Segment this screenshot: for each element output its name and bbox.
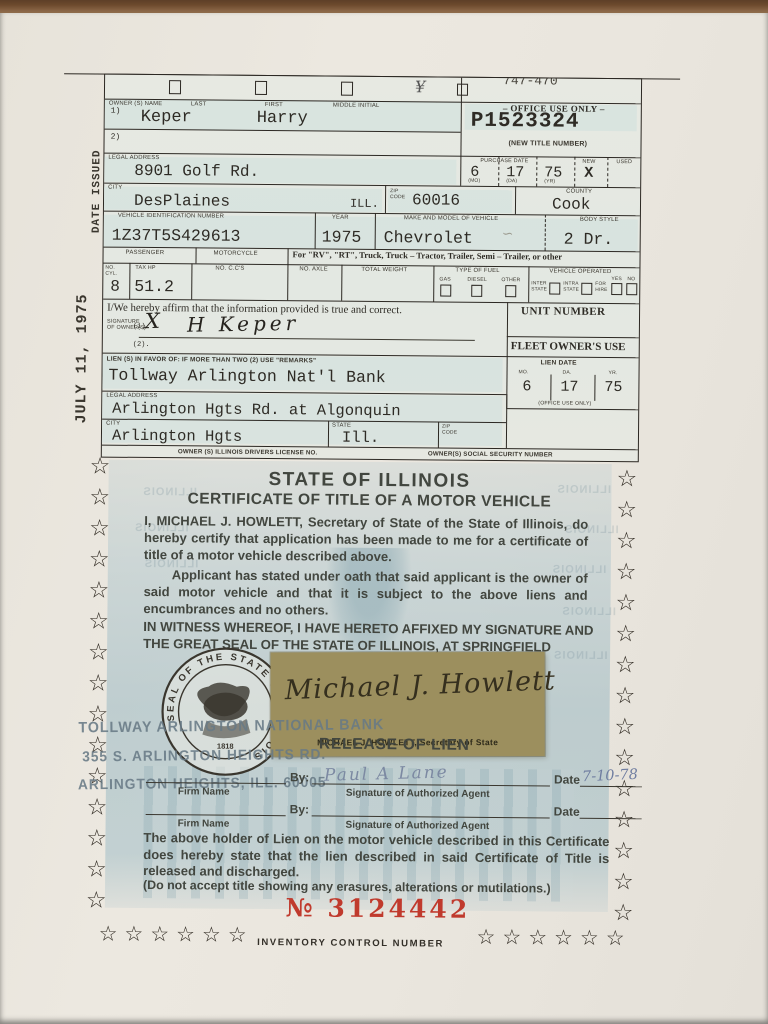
lien-city: Arlington Hgts (112, 427, 242, 446)
star-icon: ☆ (554, 928, 573, 949)
sig-line1-no: (1) (133, 323, 146, 331)
label-lien-mo: MO. (519, 369, 529, 375)
desk-photo: DATE ISSUED JULY 11, 1975 (0, 0, 768, 1024)
lien-state: Ill. (342, 429, 379, 447)
star-icon: ☆ (90, 455, 111, 478)
divider (528, 266, 530, 302)
owner-signature-x: X (145, 309, 161, 333)
checkbox (341, 82, 353, 96)
star-icon: ☆ (176, 924, 195, 945)
lien-date-mo: 6 (522, 378, 531, 395)
label-fleet-owner: FLEET OWNER'S USE (511, 340, 626, 353)
label-lien-da: DA. (563, 370, 572, 376)
label-no-cyl: NO. CYL. (105, 265, 127, 277)
firm-name-label-2: Firm Name (178, 818, 230, 829)
label-yr: (YR) (544, 178, 555, 184)
title-application-form: ¥ 747-470 OWNER (S) NAME LAST FIRST MIDD… (101, 74, 642, 463)
date-label-1: Date (554, 773, 580, 787)
star-icon: ☆ (88, 672, 109, 695)
divider (433, 265, 435, 301)
star-icon: ☆ (615, 654, 636, 677)
label-intra-2: STATE (563, 288, 579, 293)
divider (438, 422, 439, 448)
star-icon: ☆ (86, 889, 107, 912)
bank-stamp-line-1: TOLLWAY ARLINGTON NATIONAL BANK (78, 716, 384, 736)
label-office-only: (OFFICE USE ONLY) (538, 400, 591, 406)
divider (506, 394, 508, 448)
label-last: LAST (191, 101, 207, 107)
star-icon: ☆ (477, 927, 496, 948)
star-icon: ☆ (617, 468, 638, 491)
label-vin: VEHICLE IDENTIFICATION NUMBER (118, 213, 224, 220)
divider (191, 263, 193, 299)
sig-line2-no: (2). (133, 341, 150, 349)
inventory-control-number-label: INVENTORY CONTROL NUMBER (231, 937, 471, 950)
star-icon: ☆ (615, 685, 636, 708)
owner-zip: 60016 (412, 191, 460, 209)
no-checkbox (626, 283, 637, 295)
diesel-checkbox (471, 285, 482, 297)
divider (536, 156, 537, 186)
date-issued-label: DATE ISSUED (91, 149, 104, 233)
label-middle-initial: MIDDLE INITIAL (333, 103, 380, 109)
label-zip-2: CODE (390, 194, 405, 200)
tax-hp-value: 51.2 (134, 277, 174, 296)
label-lien-date: LIEN DATE (541, 359, 577, 366)
certificate-paragraph-1: I, MICHAEL J. HOWLETT, Secretary of Stat… (144, 512, 588, 567)
owner-city: DesPlaines (134, 192, 230, 211)
photocopied-title-document: DATE ISSUED JULY 11, 1975 (0, 0, 768, 1024)
divider (607, 157, 608, 187)
divider (594, 375, 595, 401)
left-star-border: ☆☆☆☆☆☆☆☆☆☆☆☆☆☆☆ (86, 455, 111, 912)
label-fuel: TYPE OF FUEL (455, 268, 499, 274)
star-icon: ☆ (99, 924, 118, 945)
label-ccs: NO. C.C'S (215, 266, 244, 272)
divider (195, 247, 196, 263)
star-icon: ☆ (88, 610, 109, 633)
gas-checkbox (440, 285, 451, 297)
star-icon: ☆ (580, 928, 599, 949)
divider (550, 374, 551, 400)
star-icon: ☆ (89, 548, 110, 571)
firm-name-label-1: Firm Name (178, 786, 230, 797)
label-drivers-license: OWNER (S) ILLINOIS DRIVERS LICENSE NO. (178, 448, 318, 456)
label-hire-1: FOR (595, 282, 606, 287)
line2-number: 2) (111, 133, 121, 142)
pencil-mark: ¥ (415, 77, 425, 96)
label-da: (DA) (506, 178, 517, 184)
divider (515, 186, 516, 214)
label-intra-1: INTRA (563, 282, 578, 287)
year-value: 1975 (322, 227, 362, 246)
label-city: CITY (108, 185, 122, 191)
label-mo: (MO) (468, 178, 480, 184)
label-legal-address: LEGAL ADDRESS (108, 155, 159, 161)
checkbox (255, 81, 267, 95)
star-icon: ☆ (124, 924, 143, 945)
divider (574, 157, 575, 187)
star-icon: ☆ (89, 517, 110, 540)
vin-value: 1Z37T5S429613 (112, 226, 241, 246)
label-year: YEAR (332, 215, 349, 221)
label-gas: GAS (439, 277, 451, 283)
agent-signature-script: Paul A Lane (324, 762, 449, 785)
label-total-weight: TOTAL WEIGHT (361, 267, 407, 273)
star-icon: ☆ (613, 871, 634, 894)
certificate-paragraph-2: Applicant has stated under oath that sai… (143, 566, 587, 621)
label-first: FIRST (265, 102, 283, 108)
owner-last-name: Keper (141, 108, 192, 127)
divider (506, 302, 508, 408)
star-icon: ☆ (202, 924, 221, 945)
label-lien-yr: YR. (609, 370, 618, 376)
lien-date-da: 17 (560, 379, 578, 396)
divider (498, 156, 499, 186)
label-axle: NO. AXLE (299, 266, 328, 272)
label-new-title-number: (NEW TITLE NUMBER) (509, 140, 588, 148)
agent-label-1: Signature of Authorized Agent (346, 788, 490, 800)
star-icon: ☆ (614, 716, 635, 739)
star-icon: ☆ (614, 809, 635, 832)
pencil-note: ∽ (502, 226, 514, 242)
star-icon: ☆ (86, 858, 107, 881)
star-icon: ☆ (87, 796, 108, 819)
label-no: NO (627, 276, 635, 282)
by-label-2: By: (290, 802, 309, 816)
make-value: Chevrolet (384, 228, 473, 248)
label-diesel: DIESEL (467, 277, 487, 283)
label-body-style: BODY STYLE (580, 217, 619, 223)
body-style-value: 2 Dr. (564, 230, 614, 249)
label-passenger: PASSENGER (126, 250, 165, 256)
new-checkbox-mark: X (584, 165, 593, 182)
divider (129, 263, 131, 299)
label-county: COUNTY (566, 189, 592, 195)
star-icon: ☆ (528, 927, 547, 948)
label-hire-2: HIRE (595, 288, 607, 293)
star-icon: ☆ (613, 902, 634, 925)
checkbox (169, 80, 181, 94)
star-icon: ☆ (616, 530, 637, 553)
signature-line (139, 337, 475, 341)
secretary-signature-script: Michael J. Howlett (284, 665, 556, 706)
release-of-lien-title: RELEASE OF LIEN (274, 735, 514, 755)
label-inter-1: INTER (531, 281, 546, 286)
owner-county: Cook (552, 196, 591, 214)
label-vehicle-operated: VEHICLE OPERATED (549, 268, 611, 275)
star-icon: ☆ (616, 499, 637, 522)
yes-checkbox (611, 283, 622, 295)
agent-label-2: Signature of Authorized Agent (346, 820, 490, 832)
star-icon: ☆ (88, 641, 109, 664)
intrastate-checkbox (581, 283, 592, 295)
star-icon: ☆ (615, 623, 636, 646)
label-lien-zip-2: CODE (442, 430, 457, 436)
release-date-value: 7-10-78 (582, 767, 639, 785)
label-truck-classes: For "RV", "RT", Truck, Truck – Tractor, … (293, 249, 563, 261)
divider (385, 185, 386, 213)
date-issued-value: JULY 11, 1975 (73, 293, 91, 423)
interstate-checkbox (549, 282, 560, 294)
label-yes: YES (611, 276, 622, 282)
label-unit-number: UNIT NUMBER (521, 305, 606, 318)
label-inter-2: STATE (531, 287, 547, 292)
star-icon: ☆ (502, 927, 521, 948)
label-other: OTHER (501, 277, 520, 283)
label-used: USED (616, 159, 632, 165)
divider (507, 336, 639, 338)
star-icon: ☆ (89, 579, 110, 602)
cylinders-value: 8 (110, 278, 120, 296)
lien-date-yr: 75 (604, 379, 622, 396)
owner-first-name: Harry (257, 109, 308, 128)
corner-number-clip: 747-470 (497, 78, 617, 93)
divider (341, 265, 343, 301)
star-icon: ☆ (613, 840, 634, 863)
star-icon: ☆ (150, 924, 169, 945)
line1-number: 1) (111, 107, 121, 116)
by-label-1: By: (290, 770, 309, 784)
title-number: P1523324 (471, 110, 580, 134)
inventory-control-number-value: № 3124442 (193, 892, 563, 924)
lien-holder-name: Tollway Arlington Nat'l Bank (108, 366, 385, 387)
label-motorcycle: MOTORCYCLE (214, 251, 258, 257)
divider (328, 421, 329, 447)
label-ssn: OWNER(S) SOCIAL SECURITY NUMBER (428, 450, 553, 458)
checkbox (457, 84, 468, 96)
label-make-model: MAKE AND MODEL OF VEHICLE (404, 215, 499, 222)
label-lien-address: LEGAL ADDRESS (106, 393, 157, 399)
release-body-text: The above holder of Lien on the motor ve… (143, 830, 609, 884)
other-checkbox (505, 285, 516, 297)
corner-number: 747-470 (503, 78, 558, 89)
bottom-right-stars: ☆☆☆☆☆☆ (477, 927, 625, 949)
star-icon: ☆ (616, 561, 637, 584)
bottom-left-stars: ☆☆☆☆☆☆ (99, 924, 247, 946)
divider (287, 248, 289, 300)
star-icon: ☆ (89, 486, 110, 509)
star-icon: ☆ (606, 928, 625, 949)
star-icon: ☆ (615, 592, 636, 615)
owner-address: 8901 Golf Rd. (134, 162, 259, 181)
label-tax-hp: TAX HP (135, 265, 155, 271)
secretary-name-bold: I, MICHAEL J. HOWLETT, (144, 513, 303, 529)
owner-state: ILL. (350, 197, 379, 211)
date-label-2: Date (554, 805, 580, 819)
owner-signature: H Keper (187, 311, 300, 337)
star-icon: ☆ (86, 827, 107, 850)
lien-address: Arlington Hgts Rd. at Algonquin (112, 400, 401, 421)
divider (506, 408, 638, 410)
right-star-border: ☆☆☆☆☆☆☆☆☆☆☆☆☆☆☆ (613, 468, 638, 925)
